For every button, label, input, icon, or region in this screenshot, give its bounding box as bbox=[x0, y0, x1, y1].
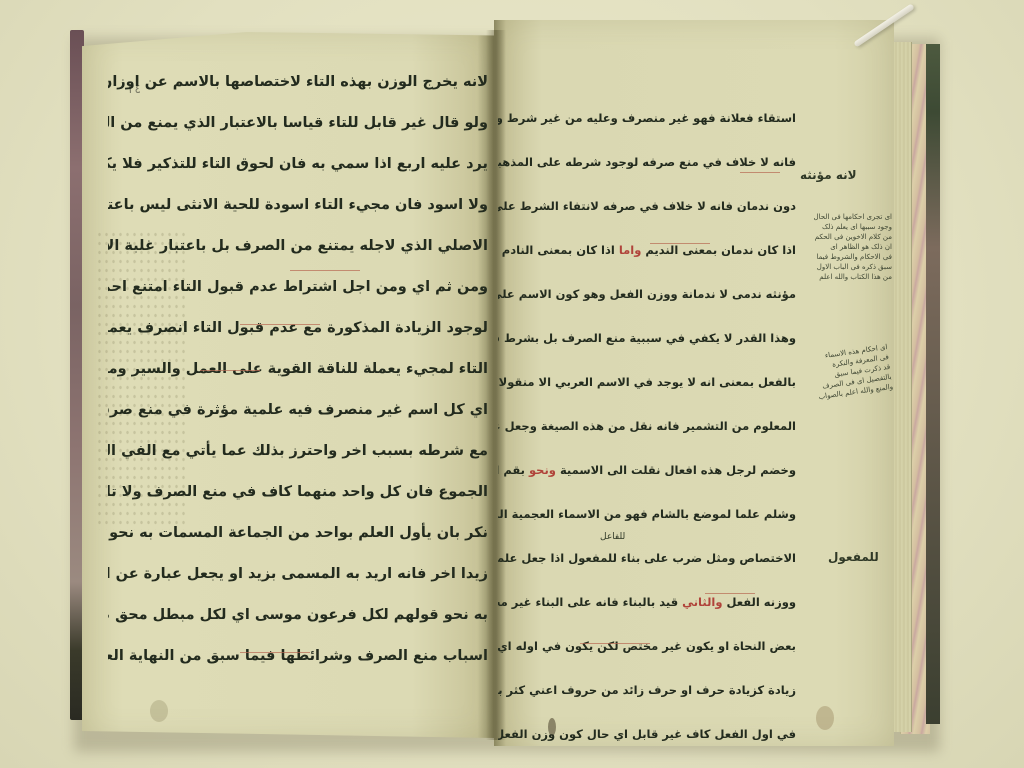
rubric-overline bbox=[240, 652, 310, 653]
text-line: ومن ثم اي ومن اجل اشتراط عدم قبول التاء … bbox=[108, 267, 488, 308]
text-line: في اول الفعل كاف غير قابل اي حال كون وزن… bbox=[498, 712, 796, 756]
text-line: الاختصاص ومثل ضرب على بناء للمفعول اذا ج… bbox=[498, 536, 796, 580]
margin-gloss-block: ای تجری احکامها فی الحال وجود سببها ای ی… bbox=[800, 212, 892, 310]
text-line: اي كل اسم غير منصرف فيه علمية مؤثرة في م… bbox=[108, 390, 488, 431]
text-line: لانه يخرج الوزن بهذه التاء لاختصاصها بال… bbox=[108, 62, 488, 103]
text-line: وشلم علما لموضع بالشام فهو من الاسماء ال… bbox=[498, 492, 796, 536]
text-line: استقاء فعلانة فهو غير منصرف وعليه من غير… bbox=[498, 96, 796, 140]
text-line: اذا كان ندمان بمعنى النديم واما اذا كان … bbox=[498, 228, 796, 272]
rubric-overline bbox=[200, 370, 260, 371]
margin-gloss-block: ای احکام هذه الاسماء فی المعرفة والنکرة … bbox=[798, 342, 897, 424]
text-line: بالفعل بمعنى انه لا يوجد في الاسم العربي… bbox=[498, 360, 796, 404]
right-page-text: استقاء فعلانة فهو غير منصرف وعليه من غير… bbox=[498, 96, 796, 756]
interlinear-gloss: للفاعل bbox=[600, 532, 625, 542]
rubric-overline bbox=[705, 593, 755, 594]
rubric-overline bbox=[740, 172, 780, 173]
text-line: ولا اسود فان مجيء التاء اسودة للحية الان… bbox=[108, 185, 488, 226]
text-line: مع شرطه بسبب اخر واحترز بذلك عما يأتي مع… bbox=[108, 431, 488, 472]
text-line: الاصلي الذي لاجله يمتنع من الصرف بل باعت… bbox=[108, 226, 488, 267]
text-line: به نحو قولهم لكل فرعون موسى اي لكل مبطل … bbox=[108, 595, 488, 636]
rubric-overline bbox=[240, 324, 320, 325]
text-line: دون ندمان فانه لا خلاف في صرفه لانتفاء ا… bbox=[498, 184, 796, 228]
rubric-overline bbox=[650, 243, 710, 244]
margin-note-top: لانه مؤنثه bbox=[800, 168, 857, 182]
text-line: مؤنثه ندمى لا ندمانة ووزن الفعل وهو كون … bbox=[498, 272, 796, 316]
right-cover-binding bbox=[926, 44, 940, 724]
text-line: فانه لا خلاف في منع صرفه لوجود شرطه على … bbox=[498, 140, 796, 184]
left-cover-edge bbox=[70, 30, 84, 720]
stain bbox=[816, 706, 834, 730]
text-line: وخضم لرجل هذه افعال نقلت الى الاسمية ونح… bbox=[498, 448, 796, 492]
left-page-text: لانه يخرج الوزن بهذه التاء لاختصاصها بال… bbox=[108, 62, 488, 677]
text-line: ولو قال غير قابل للتاء قياسا بالاعتبار ا… bbox=[108, 103, 488, 144]
text-line: بعض النحاة او يكون غير مختص لكن يكون في … bbox=[498, 624, 796, 668]
text-line: وهذا القدر لا يكفي في سببية منع الصرف بل… bbox=[498, 316, 796, 360]
text-line: زيدا اخر فانه اريد به المسمى بزيد او يجع… bbox=[108, 554, 488, 595]
text-line: التاء لمجيء يعملة للناقة القوية على العم… bbox=[108, 349, 488, 390]
text-line: لوجود الزيادة المذكورة مع عدم قبول التاء… bbox=[108, 308, 488, 349]
text-line: الجموع فان كل واحد منهما كاف في منع الصر… bbox=[108, 472, 488, 513]
text-line: زيادة كزيادة حرف او حرف زائد من حروف اعن… bbox=[498, 668, 796, 712]
text-line: ووزنه الفعل والثاني قيد بالبناء فانه على… bbox=[498, 580, 796, 624]
text-line: المعلوم من التشمير فانه نقل من هذه الصيغ… bbox=[498, 404, 796, 448]
text-line: نكر بان يأول العلم بواحد من الجماعة المس… bbox=[108, 513, 488, 554]
text-line: اسباب منع الصرف وشرائطها فيما سبق من الن… bbox=[108, 636, 488, 677]
stain bbox=[150, 700, 168, 722]
margin-note-side: للمفعول bbox=[828, 550, 879, 564]
text-line: يرد عليه اربع اذا سمي به فان لحوق التاء … bbox=[108, 144, 488, 185]
rubric-overline bbox=[580, 643, 650, 644]
rubric-overline bbox=[290, 270, 360, 271]
